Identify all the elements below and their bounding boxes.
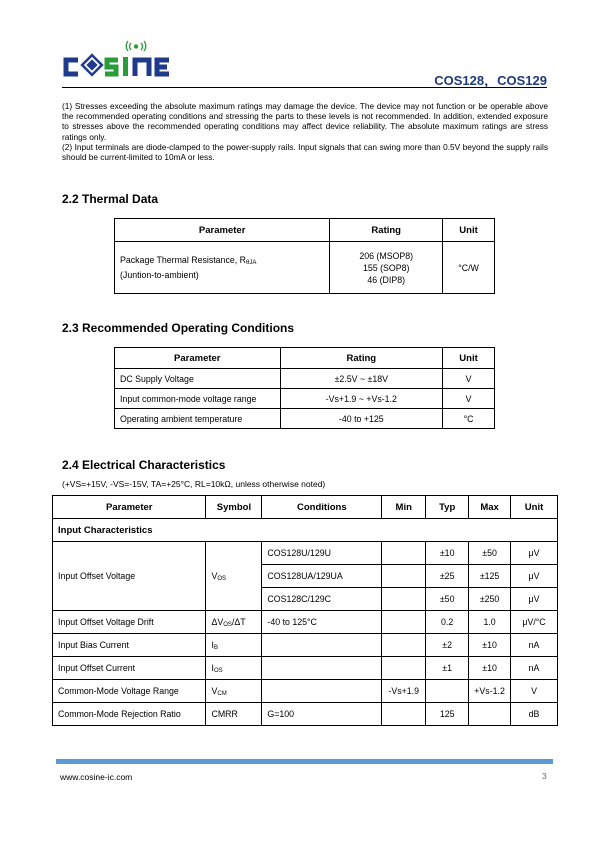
header-rule: [62, 87, 547, 88]
thermal-parameter: Package Thermal Resistance, RθJA (Juntio…: [115, 242, 330, 294]
table-row: Input Offset Voltage Drift ΔVOS/ΔT -40 t…: [53, 611, 558, 634]
table-row: Input Offset Voltage VOS COS128U/129U ±1…: [53, 542, 558, 565]
thermal-unit: °C/W: [443, 242, 495, 294]
note-1: (1) Stresses exceeding the absolute maxi…: [62, 101, 548, 142]
section-heading-thermal: 2.2 Thermal Data: [62, 192, 158, 206]
col-header-rating: Rating: [280, 348, 443, 369]
footer-website: www.cosine-ic.com: [60, 772, 132, 782]
table-row: Input Offset Current IOS ±1 ±10 nA: [53, 657, 558, 680]
group-label: Input Characteristics: [53, 519, 558, 542]
footnotes: (1) Stresses exceeding the absolute maxi…: [62, 101, 548, 162]
col-header-parameter: Parameter: [115, 348, 281, 369]
table-row: DC Supply Voltage ±2.5V ~ ±18V V: [115, 369, 495, 389]
symbol-vos: VOS: [206, 542, 262, 611]
col-header-rating: Rating: [330, 219, 443, 242]
section-heading-operating: 2.3 Recommended Operating Conditions: [62, 321, 294, 335]
col-header-typ: Typ: [426, 496, 469, 519]
col-header-conditions: Conditions: [262, 496, 382, 519]
table-row: Operating ambient temperature -40 to +12…: [115, 409, 495, 429]
table-row: Package Thermal Resistance, RθJA (Juntio…: [115, 242, 495, 294]
operating-conditions-table: Parameter Rating Unit DC Supply Voltage …: [114, 347, 495, 429]
section-heading-electrical: 2.4 Electrical Characteristics: [62, 458, 225, 472]
test-conditions-note: (+VS=+15V, -VS=-15V, TA=+25°C, RL=10kΩ, …: [62, 479, 325, 489]
col-header-unit: Unit: [443, 348, 495, 369]
thermal-table: Parameter Rating Unit Package Thermal Re…: [114, 218, 495, 294]
col-header-parameter: Parameter: [53, 496, 206, 519]
col-header-max: Max: [469, 496, 511, 519]
cosine-logo: [62, 40, 192, 82]
col-header-symbol: Symbol: [206, 496, 262, 519]
col-header-parameter: Parameter: [115, 219, 330, 242]
col-header-unit: Unit: [511, 496, 558, 519]
footer-bar: [56, 759, 553, 764]
group-row: Input Characteristics: [53, 519, 558, 542]
table-row: Input common-mode voltage range -Vs+1.9 …: [115, 389, 495, 409]
col-header-unit: Unit: [443, 219, 495, 242]
table-row: Input Bias Current IB ±2 ±10 nA: [53, 634, 558, 657]
electrical-characteristics-table: Parameter Symbol Conditions Min Typ Max …: [52, 495, 558, 726]
table-row: Common-Mode Voltage Range VCM -Vs+1.9 +V…: [53, 680, 558, 703]
table-row: Common-Mode Rejection Ratio CMRR G=100 1…: [53, 703, 558, 726]
col-header-min: Min: [382, 496, 426, 519]
page-number: 3: [542, 771, 547, 781]
note-2: (2) Input terminals are diode-clamped to…: [62, 142, 548, 162]
thermal-rating: 206 (MSOP8) 155 (SOP8) 46 (DIP8): [330, 242, 443, 294]
